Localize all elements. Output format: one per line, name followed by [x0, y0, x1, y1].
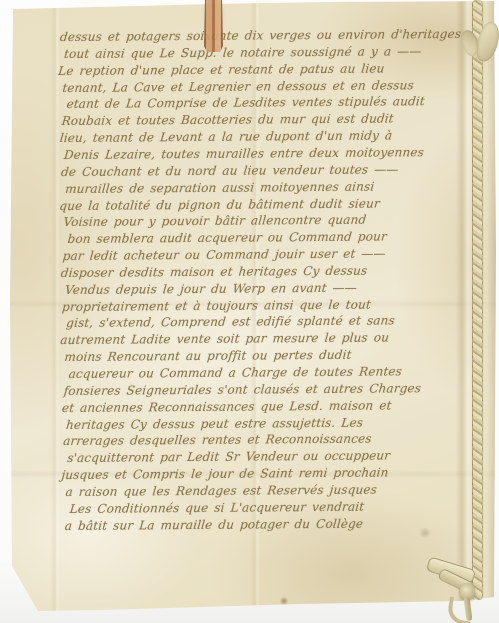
manuscript-line: Voisine pour y pouvoir bâtir allencontre…: [63, 213, 367, 229]
manuscript-line: lieu, tenant de Levant a la rue dupont d…: [59, 128, 393, 145]
manuscript-line: fonsieres Seigneuriales s'ont clausés et…: [63, 381, 422, 398]
manuscript-line: moins Rencourant au proffit ou pertes du…: [64, 348, 352, 364]
fold-crease-vertical: [50, 0, 60, 623]
manuscript-line: que la totalité du pignon du bâtiment du…: [59, 196, 381, 213]
manuscript-line: disposer desdits maison et heritages Cy …: [60, 263, 368, 279]
manuscript-line: Vendus depuis le jour du Werp en avant —…: [64, 280, 357, 296]
manuscript-line: Roubaix et toutes Bacotteries du mur qui…: [61, 112, 394, 129]
manuscript-line: heritages Cy dessus peut estre assujetti…: [65, 415, 363, 431]
stain: [418, 528, 432, 538]
manuscript-line: etant de La Comprise de Lesdites ventes …: [66, 95, 426, 112]
cord-tail: [446, 596, 473, 623]
manuscript-line: Les Conditionnés que si L'acquereur vend…: [69, 499, 365, 515]
manuscript-line: tenant, La Cave et Legrenier en dessous …: [62, 78, 415, 95]
manuscript-line: tout ainsi que Le Supp. le notaire souss…: [64, 44, 423, 61]
manuscript-line: par ledit acheteur ou Command jouir user…: [62, 246, 386, 263]
manuscript-line: dessus et potagers soixante dix verges o…: [59, 27, 462, 44]
parchment-page: dessus et potagers soixante dix verges o…: [0, 0, 499, 623]
manuscript-line: arrerages desquelles rentes et Reconnois…: [63, 432, 373, 448]
manuscript-line: acquereur ou Command a Charge de toutes …: [68, 364, 403, 381]
manuscript-line: et anciennes Reconnaissances que Lesd. m…: [61, 398, 392, 415]
binding-cord: [472, 0, 483, 600]
manuscript-line: s'acquitteront par Ledit Sr Vendeur ou o…: [67, 449, 391, 466]
parchment-tie: [204, 0, 223, 52]
manuscript-line: a raison que les Rendages est Reservés j…: [65, 482, 378, 498]
manuscript-line: gist, s'extend, Comprend est edifié spla…: [66, 314, 396, 331]
manuscript-line: de Couchant et du nord au lieu vendeur t…: [60, 162, 399, 179]
manuscript-line: bon semblera audit acquereur ou Command …: [67, 230, 388, 247]
manuscript-line: Denis Lezaire, toutes murailles entre de…: [63, 145, 424, 162]
manuscript-line: a bâtit sur La muraille du potager du Co…: [64, 516, 364, 532]
stain: [279, 597, 289, 605]
manuscript-line: jusques et Compris le jour de Saint remi…: [61, 466, 389, 483]
manuscript-line: autrement Ladite vente soit par mesure l…: [60, 331, 390, 348]
manuscript-line: proprietairement et à toujours ainsi que…: [61, 297, 371, 313]
manuscript-line: Le reption d'une place et restant de pat…: [58, 61, 386, 78]
manuscript-line: murailles de separation aussi moitoyenne…: [65, 179, 375, 195]
photo-background: dessus et potagers soixante dix verges o…: [0, 0, 499, 623]
